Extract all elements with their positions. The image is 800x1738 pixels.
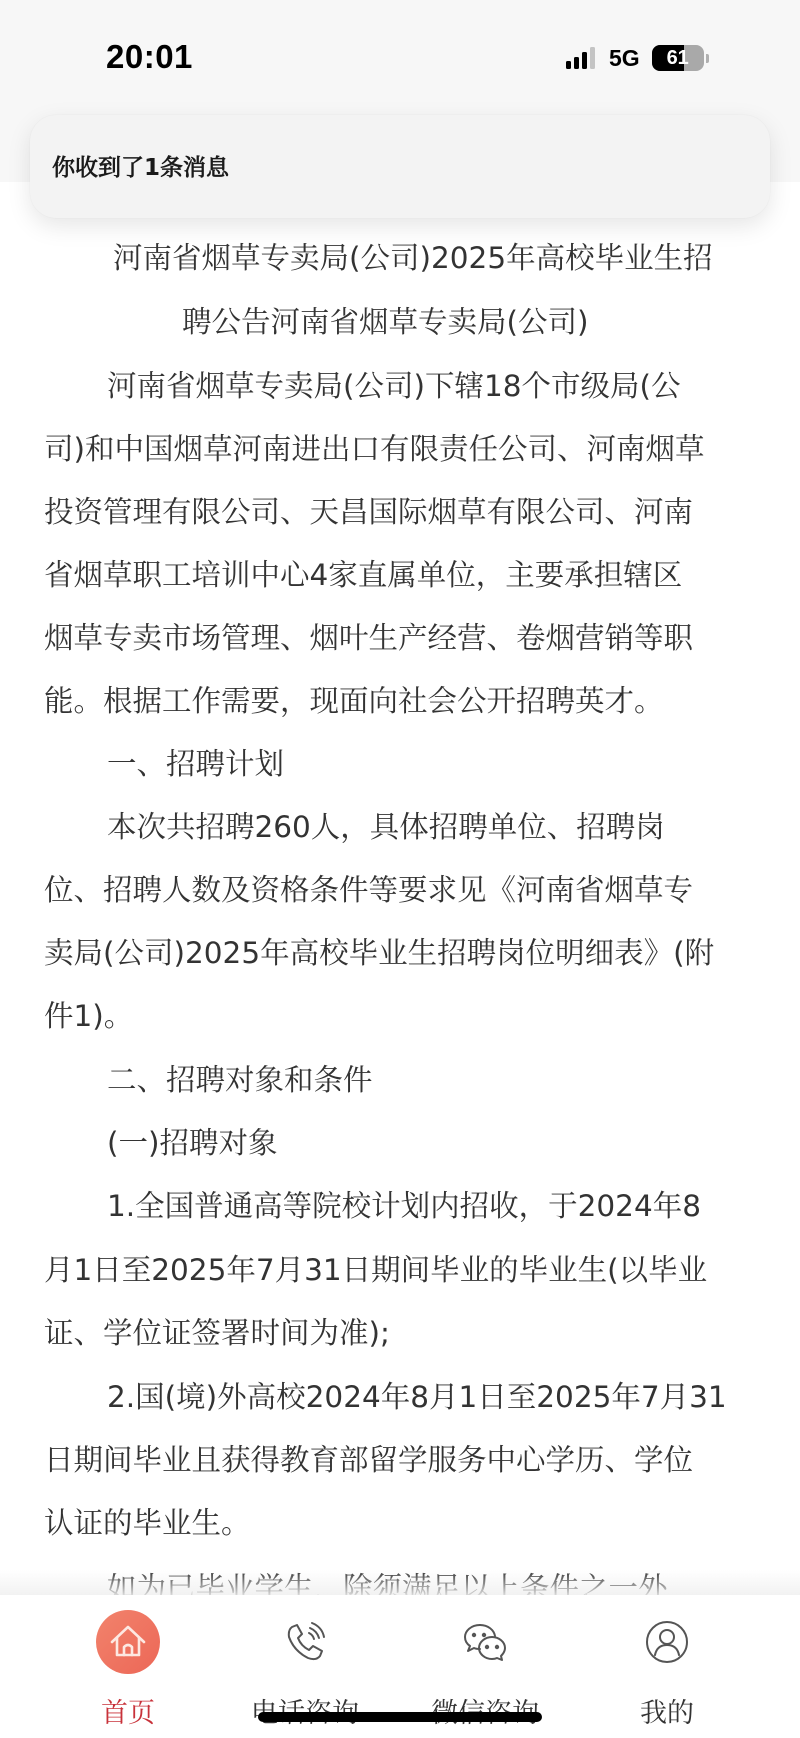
battery-tip [706,54,709,63]
body-line: 位、招聘人数及资格条件等要求见《河南省烟草专 [44,870,693,910]
body-line: 月1日至2025年7月31日期间毕业的毕业生(以毕业 [44,1250,707,1290]
wechat-icon [452,1609,518,1675]
body-line: 1.全国普通高等院校计划内招收，于2024年8 [107,1186,701,1226]
tab-label: 我的 [587,1691,747,1730]
body-line: 证、学位证签署时间为准); [44,1313,390,1353]
user-icon [634,1609,700,1675]
home-icon [95,1609,161,1675]
battery-level: 61 [652,45,704,71]
section-heading: 二、招聘对象和条件 [107,1060,373,1100]
body-line: 日期间毕业且获得教育部留学服务中心学历、学位 [44,1440,693,1480]
body-line: 2.国(境)外高校2024年8月1日至2025年7月31 [107,1377,727,1417]
article-title-line-1: 河南省烟草专卖局(公司)2025年高校毕业生招 [113,238,713,278]
body-line: 司)和中国烟草河南进出口有限责任公司、河南烟草 [44,429,705,469]
body-line: 河南省烟草专卖局(公司)下辖18个市级局(公 [107,366,681,406]
subsection-heading: (一)招聘对象 [107,1123,278,1163]
status-time: 20:01 [106,38,193,76]
notification-text: 你收到了1条消息 [52,149,229,182]
phone-icon [272,1609,338,1675]
status-indicators: 5G 61 [566,44,709,72]
tab-home[interactable]: 首页 [48,1595,208,1738]
body-line: 认证的毕业生。 [44,1503,251,1543]
battery-icon: 61 [652,45,704,71]
body-line: 投资管理有限公司、天昌国际烟草有限公司、河南 [44,492,693,532]
home-indicator[interactable] [258,1712,542,1722]
network-type: 5G [609,45,640,72]
body-line: 省烟草职工培训中心4家直属单位，主要承担辖区 [44,555,682,595]
tab-label: 微信咨询 [405,1691,565,1730]
signal-icon [566,47,595,69]
tab-label: 电话咨询 [225,1691,385,1730]
tab-label: 首页 [48,1691,208,1730]
notification-banner[interactable]: 你收到了1条消息 [30,115,770,218]
body-line: 能。根据工作需要，现面向社会公开招聘英才。 [44,681,664,721]
body-line: 件1)。 [44,996,133,1036]
body-line: 烟草专卖市场管理、烟叶生产经营、卷烟营销等职 [44,618,693,658]
body-line: 本次共招聘260人，具体招聘单位、招聘岗 [107,807,665,847]
body-line: 卖局(公司)2025年高校毕业生招聘岗位明细表》(附 [44,933,714,973]
tab-profile[interactable]: 我的 [587,1595,747,1738]
section-heading: 一、招聘计划 [107,744,284,784]
content-fade [0,1570,800,1596]
article-title-line-2: 聘公告河南省烟草专卖局(公司) [182,302,589,342]
